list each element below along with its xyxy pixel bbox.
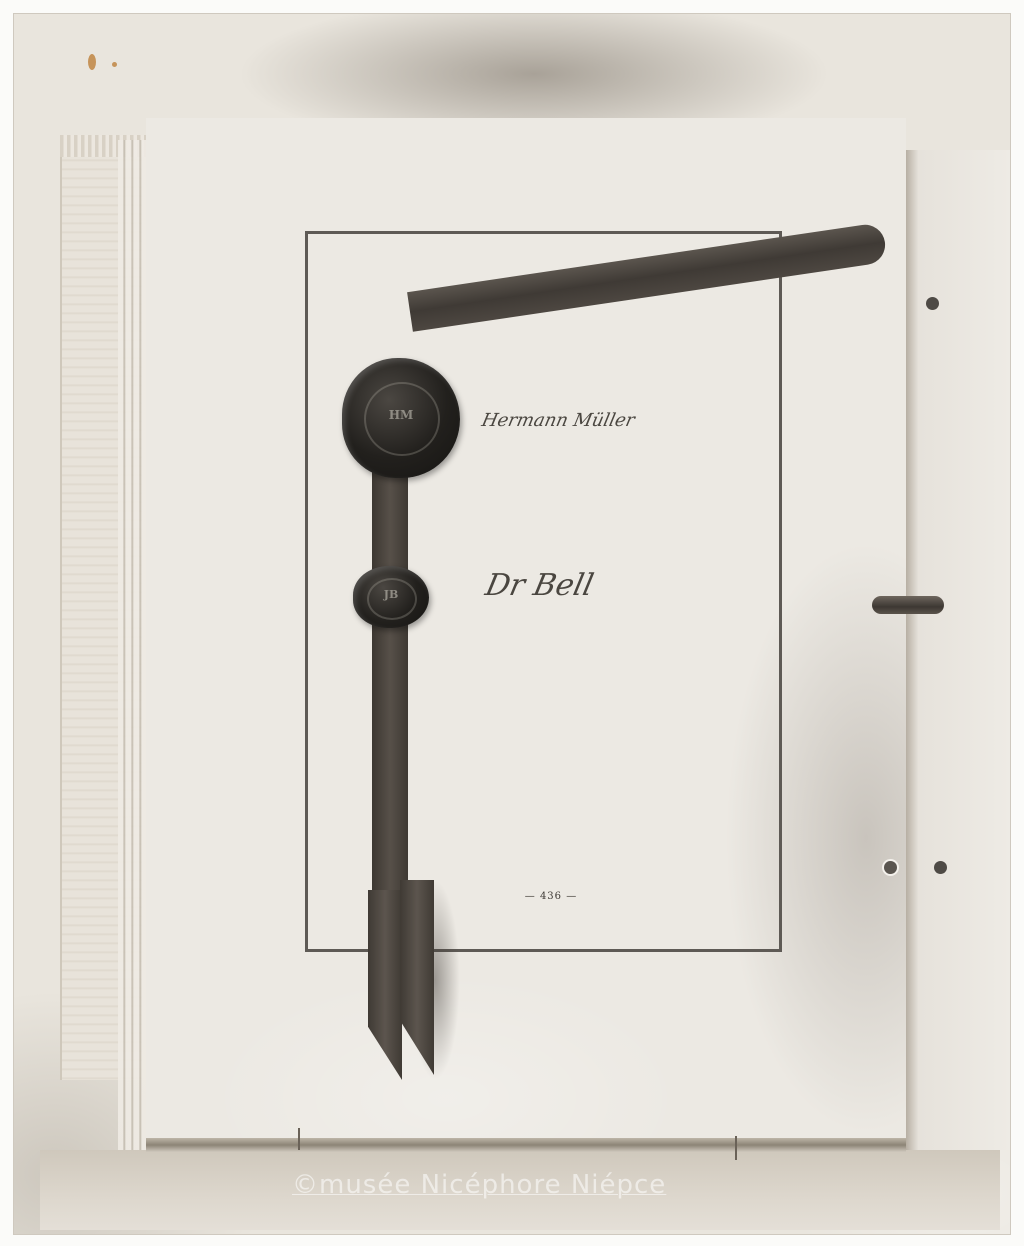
- wax-seal-upper: HM: [342, 358, 460, 478]
- adjacent-leaf: [906, 150, 1010, 1150]
- museum-watermark: ©musée Nicéphore Niépce: [292, 1170, 666, 1200]
- seal-monogram: HM: [342, 408, 460, 422]
- page-bottom-shadow: [146, 1138, 906, 1152]
- binding-hole: [934, 861, 947, 874]
- signature-hermann-muller: Hermann Müller: [480, 410, 637, 431]
- rust-stain: [112, 62, 117, 67]
- folio-number-bottom: — 436 —: [501, 891, 601, 902]
- wax-seal-lower: JB: [353, 566, 429, 628]
- pin: [735, 1136, 737, 1160]
- rust-stain: [88, 54, 96, 70]
- binding-hole: [926, 297, 939, 310]
- signature-dr-bell: Dr Bell: [482, 568, 596, 603]
- binding-hole: [884, 861, 897, 874]
- ribbon-clasp: [872, 596, 944, 614]
- photograph: — 223 — — 436 — Hermann Müller Dr Bell H…: [0, 0, 1024, 1246]
- vertical-ribbon: [372, 470, 408, 900]
- pin: [298, 1128, 300, 1150]
- seal-monogram: JB: [353, 588, 429, 601]
